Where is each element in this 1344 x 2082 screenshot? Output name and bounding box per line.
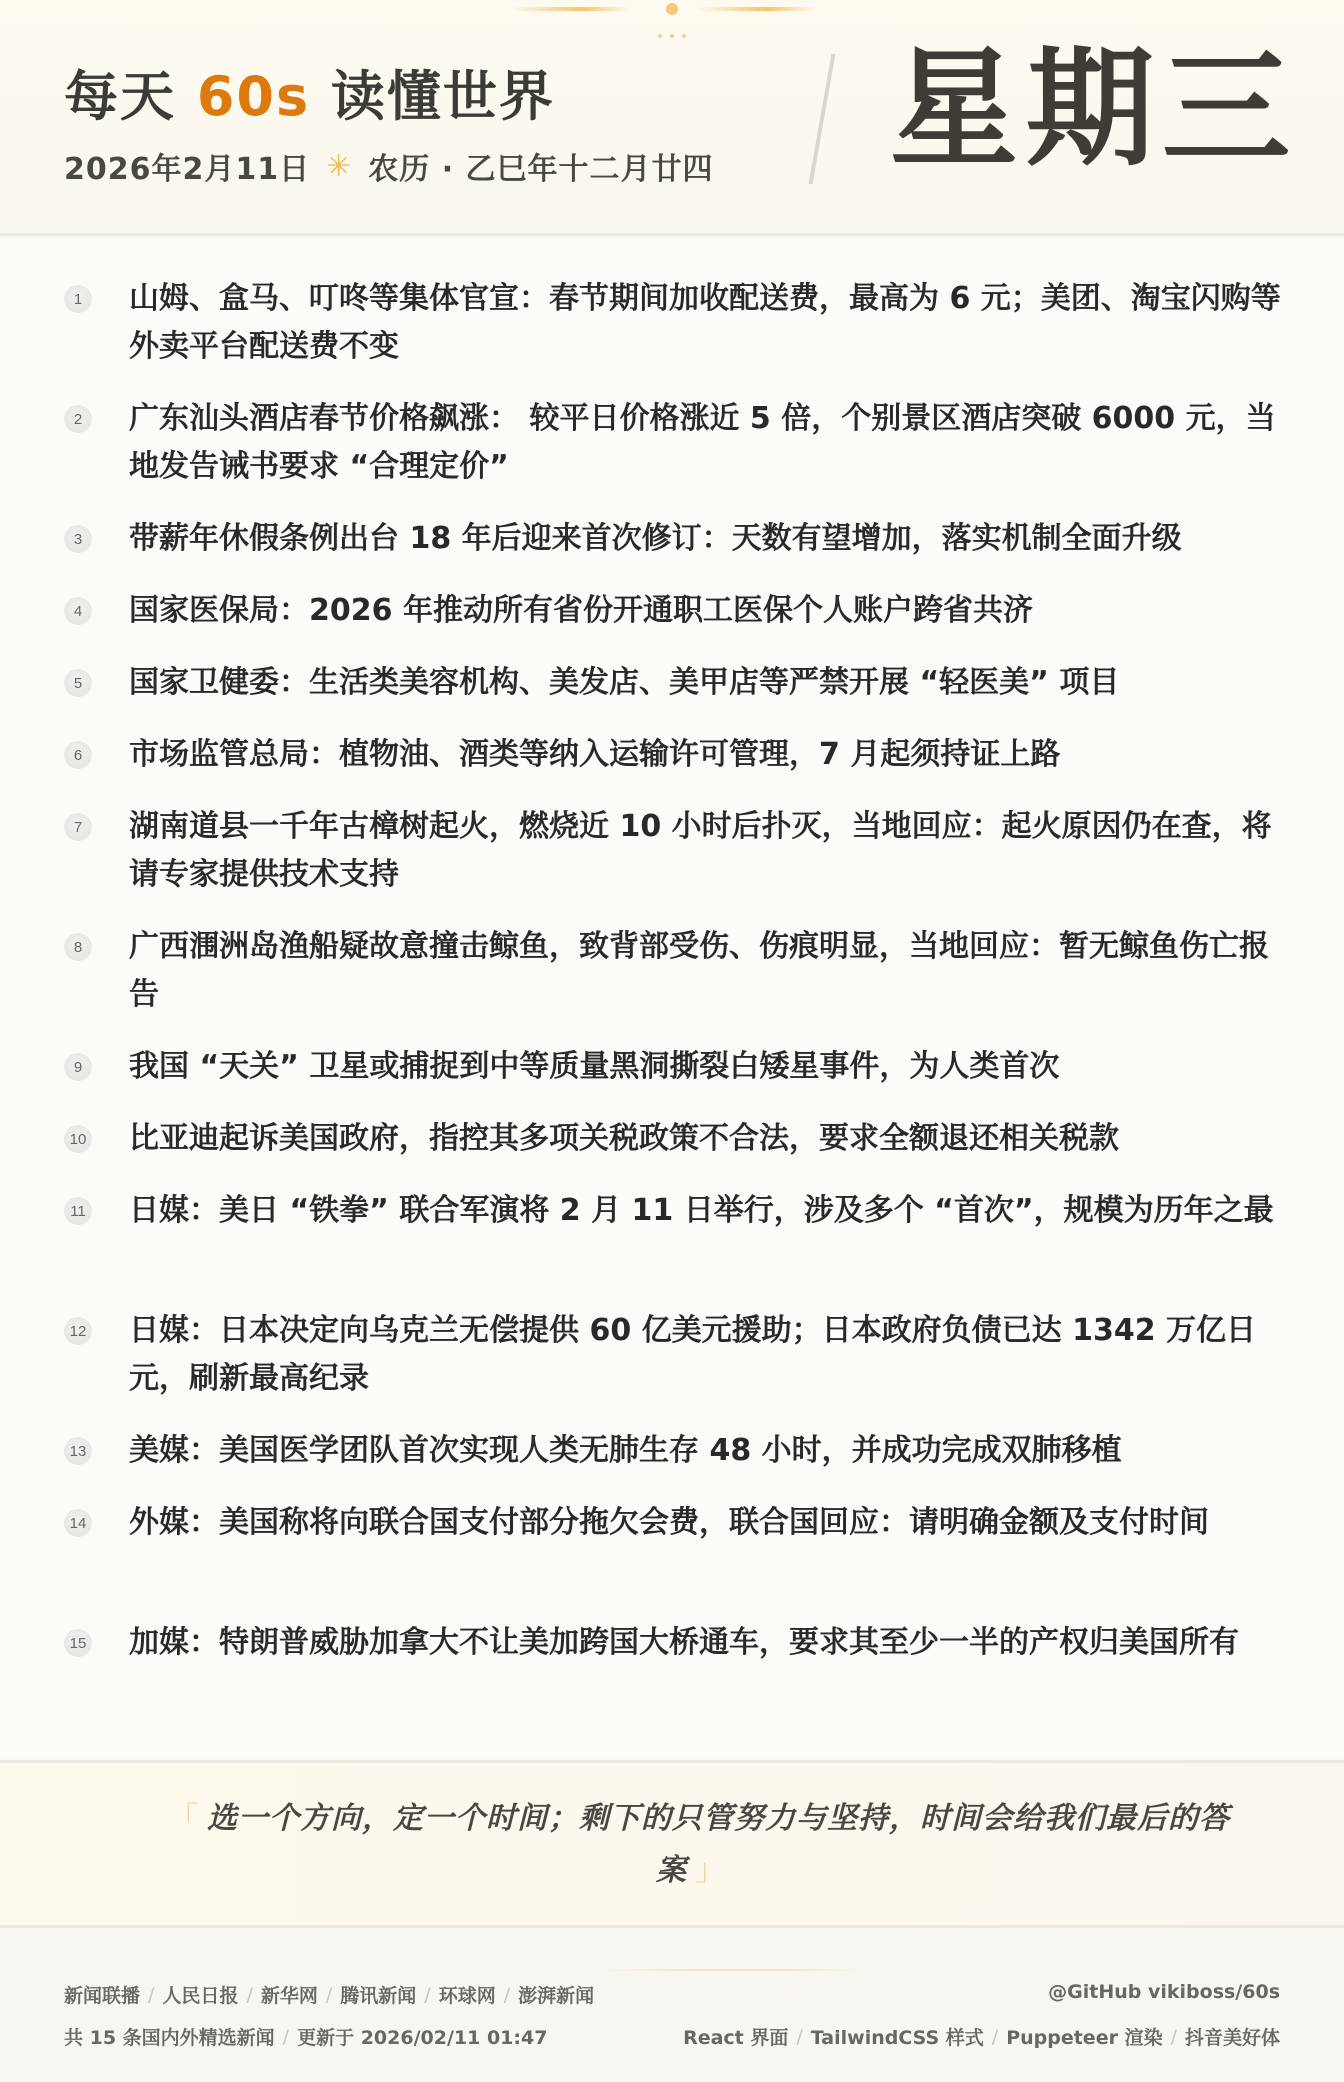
news-count: 共 15 条国内外精选新闻 bbox=[64, 2023, 275, 2050]
news-sources: 新闻联播 / 人民日报 / 新华网 / 腾讯新闻 / 环球网 / 澎湃新闻 bbox=[64, 1981, 594, 2008]
news-text: 市场监管总局：植物油、酒类等纳入运输许可管理，7 月起须持证上路 bbox=[129, 731, 1284, 779]
asterisk-icon: ✳ bbox=[326, 149, 352, 184]
separator: / bbox=[283, 2026, 289, 2048]
source-item: 新闻联播 bbox=[64, 1981, 140, 2008]
open-quote-mark: 「 bbox=[168, 1801, 199, 1836]
stack-item: TailwindCSS 样式 bbox=[811, 2023, 984, 2050]
decor-line-right bbox=[696, 7, 816, 11]
news-text: 加媒：特朗普威胁加拿大不让美加跨国大桥通车，要求其至少一半的产权归美国所有 bbox=[129, 1619, 1284, 1667]
news-meta: 共 15 条国内外精选新闻 / 更新于 2026/02/11 01:47 bbox=[64, 2023, 547, 2050]
separator: / bbox=[424, 1984, 430, 2006]
decor-mini-dot bbox=[658, 34, 662, 38]
news-item: 6 市场监管总局：植物油、酒类等纳入运输许可管理，7 月起须持证上路 bbox=[64, 731, 1284, 779]
news-text: 我国 “天关” 卫星或捕捉到中等质量黑洞撕裂白矮星事件，为人类首次 bbox=[129, 1043, 1284, 1091]
news-item: 1 山姆、盒马、叮咚等集体官宣：春节期间加收配送费，最高为 6 元；美团、淘宝闪… bbox=[64, 275, 1284, 371]
title-accent: 60s bbox=[197, 65, 310, 128]
page-title: 每天 60s 读懂世界 bbox=[64, 54, 555, 131]
number-badge: 6 bbox=[64, 741, 92, 769]
source-item: 澎湃新闻 bbox=[518, 1981, 594, 2008]
news-item: 9 我国 “天关” 卫星或捕捉到中等质量黑洞撕裂白矮星事件，为人类首次 bbox=[64, 1043, 1284, 1091]
news-item: 15 加媒：特朗普威胁加拿大不让美加跨国大桥通车，要求其至少一半的产权归美国所有 bbox=[64, 1619, 1284, 1667]
separator: / bbox=[148, 1984, 154, 2006]
separator: / bbox=[796, 2026, 802, 2048]
footer: 新闻联播 / 人民日报 / 新华网 / 腾讯新闻 / 环球网 / 澎湃新闻 共 … bbox=[0, 1931, 1344, 2082]
news-text: 广东汕头酒店春节价格飙涨： 较平日价格涨近 5 倍，个别景区酒店突破 6000 … bbox=[129, 395, 1284, 491]
number-badge: 7 bbox=[64, 813, 92, 841]
source-item: 新华网 bbox=[261, 1981, 318, 2008]
news-item: 14 外媒：美国称将向联合国支付部分拖欠会费，联合国回应：请明确金额及支付时间 bbox=[64, 1499, 1284, 1547]
news-item: 5 国家卫健委：生活类美容机构、美发店、美甲店等严禁开展 “轻医美” 项目 bbox=[64, 659, 1284, 707]
news-text: 带薪年休假条例出台 18 年后迎来首次修订：天数有望增加，落实机制全面升级 bbox=[129, 515, 1284, 563]
number-badge: 11 bbox=[64, 1197, 92, 1225]
news-item: 12 日媒：日本决定向乌克兰无偿提供 60 亿美元援助；日本政府负债已达 134… bbox=[64, 1307, 1284, 1403]
news-text: 日媒：美日 “铁拳” 联合军演将 2 月 11 日举行，涉及多个 “首次”，规模… bbox=[129, 1187, 1284, 1235]
github-link: @GitHub vikiboss/60s bbox=[1048, 1981, 1280, 2003]
tech-stack: React 界面 / TailwindCSS 样式 / Puppeteer 渲染… bbox=[683, 2023, 1280, 2050]
header: 每天 60s 读懂世界 2026年2月11日 ✳ 农历 · 乙巳年十二月廿四 星… bbox=[0, 0, 1344, 236]
number-badge: 9 bbox=[64, 1053, 92, 1081]
footer-decoration bbox=[600, 1969, 860, 1971]
news-text: 国家卫健委：生活类美容机构、美发店、美甲店等严禁开展 “轻医美” 项目 bbox=[129, 659, 1284, 707]
number-badge: 4 bbox=[64, 597, 92, 625]
daily-quote: 「选一个方向，定一个时间；剩下的只管努力与坚持，时间会给我们最后的答案」 bbox=[0, 1760, 1344, 1928]
separator: / bbox=[992, 2026, 998, 2048]
number-badge: 3 bbox=[64, 525, 92, 553]
separator: / bbox=[1171, 2026, 1177, 2048]
decor-mini-dot bbox=[670, 34, 674, 38]
title-suffix: 读懂世界 bbox=[331, 65, 555, 128]
news-text: 广西涠洲岛渔船疑故意撞击鲸鱼，致背部受伤、伤痕明显，当地回应：暂无鲸鱼伤亡报告 bbox=[129, 923, 1284, 1019]
close-quote-mark: 」 bbox=[695, 1853, 726, 1888]
separator: / bbox=[504, 1984, 510, 2006]
number-badge: 2 bbox=[64, 405, 92, 433]
news-text: 湖南道县一千年古樟树起火，燃烧近 10 小时后扑灭，当地回应：起火原因仍在查，将… bbox=[129, 803, 1284, 899]
news-item: 8 广西涠洲岛渔船疑故意撞击鲸鱼，致背部受伤、伤痕明显，当地回应：暂无鲸鱼伤亡报… bbox=[64, 923, 1284, 1019]
news-list: 1 山姆、盒马、叮咚等集体官宣：春节期间加收配送费，最高为 6 元；美团、淘宝闪… bbox=[0, 239, 1344, 1759]
number-badge: 10 bbox=[64, 1125, 92, 1153]
decor-line-left bbox=[510, 7, 630, 11]
news-item: 10 比亚迪起诉美国政府，指控其多项关税政策不合法，要求全额退还相关税款 bbox=[64, 1115, 1284, 1163]
stack-item: 抖音美好体 bbox=[1185, 2023, 1280, 2050]
stack-item: Puppeteer 渲染 bbox=[1006, 2023, 1162, 2050]
news-item: 3 带薪年休假条例出台 18 年后迎来首次修订：天数有望增加，落实机制全面升级 bbox=[64, 515, 1284, 563]
date-line: 2026年2月11日 ✳ 农历 · 乙巳年十二月廿四 bbox=[64, 144, 714, 188]
source-item: 环球网 bbox=[439, 1981, 496, 2008]
news-text: 国家医保局：2026 年推动所有省份开通职工医保个人账户跨省共济 bbox=[129, 587, 1284, 635]
github-credit: @GitHub vikiboss/60s bbox=[1048, 1981, 1280, 2003]
separator: / bbox=[326, 1984, 332, 2006]
number-badge: 15 bbox=[64, 1629, 92, 1657]
news-text: 比亚迪起诉美国政府，指控其多项关税政策不合法，要求全额退还相关税款 bbox=[129, 1115, 1284, 1163]
gregorian-date: 2026年2月11日 bbox=[64, 144, 310, 188]
news-item: 11 日媒：美日 “铁拳” 联合军演将 2 月 11 日举行，涉及多个 “首次”… bbox=[64, 1187, 1284, 1235]
separator: / bbox=[246, 1984, 252, 2006]
news-item: 4 国家医保局：2026 年推动所有省份开通职工医保个人账户跨省共济 bbox=[64, 587, 1284, 635]
number-badge: 8 bbox=[64, 933, 92, 961]
quote-text-block: 「选一个方向，定一个时间；剩下的只管努力与坚持，时间会给我们最后的答案」 bbox=[140, 1793, 1250, 1897]
news-item: 13 美媒：美国医学团队首次实现人类无肺生存 48 小时，并成功完成双肺移植 bbox=[64, 1427, 1284, 1475]
news-text: 美媒：美国医学团队首次实现人类无肺生存 48 小时，并成功完成双肺移植 bbox=[129, 1427, 1284, 1475]
title-prefix: 每天 bbox=[64, 65, 176, 128]
news-item: 2 广东汕头酒店春节价格飙涨： 较平日价格涨近 5 倍，个别景区酒店突破 600… bbox=[64, 395, 1284, 491]
number-badge: 5 bbox=[64, 669, 92, 697]
news-text: 山姆、盒马、叮咚等集体官宣：春节期间加收配送费，最高为 6 元；美团、淘宝闪购等… bbox=[129, 275, 1284, 371]
news-text: 外媒：美国称将向联合国支付部分拖欠会费，联合国回应：请明确金额及支付时间 bbox=[129, 1499, 1284, 1547]
number-badge: 1 bbox=[64, 285, 92, 313]
news-item: 7 湖南道县一千年古樟树起火，燃烧近 10 小时后扑灭，当地回应：起火原因仍在查… bbox=[64, 803, 1284, 899]
weekday: 星期三 bbox=[890, 40, 1298, 181]
lunar-date: 农历 · 乙巳年十二月廿四 bbox=[368, 144, 713, 188]
number-badge: 12 bbox=[64, 1317, 92, 1345]
decor-dot bbox=[666, 3, 678, 15]
decor-mini-dot bbox=[682, 34, 686, 38]
stack-item: React 界面 bbox=[683, 2023, 788, 2050]
news-text: 日媒：日本决定向乌克兰无偿提供 60 亿美元援助；日本政府负债已达 1342 万… bbox=[129, 1307, 1284, 1403]
number-badge: 13 bbox=[64, 1437, 92, 1465]
updated-time: 更新于 2026/02/11 01:47 bbox=[297, 2023, 547, 2050]
number-badge: 14 bbox=[64, 1509, 92, 1537]
slash-divider bbox=[809, 54, 836, 184]
source-item: 腾讯新闻 bbox=[340, 1981, 416, 2008]
source-item: 人民日报 bbox=[162, 1981, 238, 2008]
